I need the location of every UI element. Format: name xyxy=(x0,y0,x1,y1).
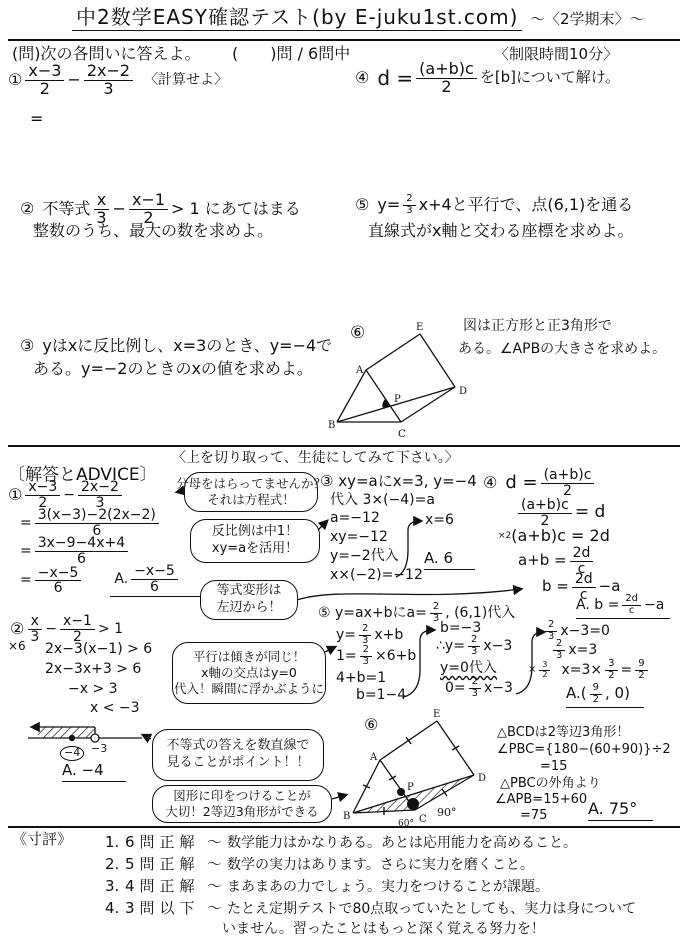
denominator: 3 xyxy=(469,689,481,700)
numerator: 2d xyxy=(572,572,596,588)
answer-2-line1: ② x3 − x−12 > 1 xyxy=(10,614,123,644)
rhs: −a xyxy=(644,598,664,613)
marked-point xyxy=(70,736,75,741)
answer-1-line3: = 3x−9−4x+46 xyxy=(20,536,131,566)
answer-2-step: x < −3 xyxy=(90,700,140,716)
answer-5-c2-line3: y=0代入 xyxy=(440,660,497,676)
answer-label: A. xyxy=(114,572,128,587)
answer-5-line1: ⑤ y=ax+bにa= 23 , (6,1)代入 xyxy=(318,602,515,624)
prefix: A.( xyxy=(566,686,587,702)
question-number: ② xyxy=(20,201,34,218)
review-number: 1. xyxy=(105,835,125,851)
numerator: −x−5 xyxy=(35,566,82,582)
fraction: 32 xyxy=(539,661,550,679)
advice-text: x軸の交点はy=0 xyxy=(201,665,297,681)
prefix: y= xyxy=(377,197,400,214)
advice-text: それは方程式！ xyxy=(207,492,295,508)
advice-text: 分母をはらってませんか？ xyxy=(176,476,326,492)
answer-5-c3-line3: × 32 x=3× 32 = 92 xyxy=(528,659,651,681)
answer-1-final: A. −x−56 xyxy=(110,564,204,597)
answer-5-final: A.( 92 , 0) xyxy=(566,683,644,708)
numerator: x xyxy=(28,614,42,630)
answer-space-equals: = xyxy=(30,110,43,128)
advice-text: 左辺から！ xyxy=(216,600,281,617)
question-number: ⑤ xyxy=(355,197,369,214)
number-line-open-label: −3 xyxy=(91,743,107,756)
answer-3-step: a=−12 xyxy=(330,510,380,526)
advice2-arrow xyxy=(318,521,327,530)
numerator: x−3 xyxy=(25,480,60,496)
numerator: 2d xyxy=(570,546,594,562)
rhs: = d xyxy=(575,504,605,522)
multiplier: × xyxy=(528,665,536,676)
answer-3-step: 代入 3×(−4)=a xyxy=(330,492,435,508)
answer-2-final: A. −4 xyxy=(62,762,126,782)
numerator: 2 xyxy=(545,620,557,632)
question-number: ① xyxy=(8,72,22,89)
numerator: 9 xyxy=(590,683,602,695)
question-1: ① x−32 − 2x−23 〈計算せよ〉 xyxy=(8,63,228,98)
label-a: A xyxy=(369,752,378,763)
fraction: x−32 xyxy=(25,63,64,98)
advice-bubble-1: 分母をはらってませんか？ それは方程式！ xyxy=(184,472,318,512)
equation: (a+b)c = 2d xyxy=(511,528,610,545)
lhs: d = xyxy=(505,474,537,493)
answer-5-c1-line4: b=1−4 xyxy=(356,687,406,703)
advice-bubble-2: 反比例は中1！ xy=aを活用！ xyxy=(190,519,320,563)
answer-3-result: x=6 xyxy=(425,512,454,528)
question-6-number: ⑥ xyxy=(350,324,365,344)
angle-90-label: 90° xyxy=(437,806,457,819)
question-3-line1: yはxに反比例し、x=3のとき、y=−4で xyxy=(42,338,332,355)
advice-text: 平行は傾きが同じ！ xyxy=(193,649,306,665)
label-b: B xyxy=(328,420,335,431)
score-blank: ( )問 / 6問中 xyxy=(232,45,350,63)
suffix: x+4と平行で、点(6,1)を通る xyxy=(419,197,634,214)
denominator: 2 xyxy=(37,81,53,98)
fraction: (a+b)c2 xyxy=(416,61,477,96)
instruction-text: を[b]について解け。 xyxy=(480,70,620,86)
question-2-line2: 整数のうち、最大の数を求めよ。 xyxy=(33,222,273,240)
question-number: ④ xyxy=(483,475,497,492)
fraction: 2x−23 xyxy=(78,480,122,510)
prefix: ⑤ y=ax+bにa= xyxy=(318,606,427,621)
prefix: 1= xyxy=(336,649,357,664)
answer-5-c1-line1: y= 23 x+b xyxy=(336,624,403,646)
operator: − xyxy=(63,488,75,503)
answer-3-final: A. 6 xyxy=(424,550,475,570)
review-separator: ～ xyxy=(207,835,227,851)
lhs: d = xyxy=(377,68,413,89)
angle-c-mark xyxy=(407,798,419,810)
prefix: y= xyxy=(336,628,356,643)
review-comment: 数学の実力はあります。さらに実力を磨くこと。 xyxy=(227,858,534,873)
fraction: (a+b)c2 xyxy=(518,498,572,528)
advice-bubble-3: 等式変形は 左辺から！ xyxy=(200,580,298,620)
numerator: 2 xyxy=(403,194,415,206)
open-point xyxy=(91,734,99,742)
review-result: 4問正解 xyxy=(125,879,207,895)
review-comment-continued: いません。習ったことはもっと深く覚える努力を！ xyxy=(222,921,545,937)
denominator: 3 xyxy=(27,630,42,645)
label-p: P xyxy=(394,394,401,405)
numerator: 3 xyxy=(605,659,617,671)
advice6-arrow xyxy=(332,795,346,799)
numerator: 2 xyxy=(553,639,565,651)
suffix: x−3 xyxy=(483,639,512,654)
label-a: A xyxy=(355,365,364,376)
review-separator: ～ xyxy=(207,879,227,895)
denominator: 3 xyxy=(468,647,480,658)
denominator: 3 xyxy=(100,81,116,98)
equals: = xyxy=(20,544,32,559)
fraction: 23 xyxy=(553,639,565,661)
answer-1-line1: ① x−32 − 2x−23 xyxy=(8,480,125,510)
review-comment: 数学能力はかなりある。あとは応用能力を高めること。 xyxy=(227,836,577,851)
numerator: 2 xyxy=(359,624,371,636)
advice-text: 等式変形は xyxy=(216,583,281,600)
fraction: 3(x−3)−2(2x−2)6 xyxy=(35,508,159,538)
angle-p-mark xyxy=(397,788,405,796)
question-number: ④ xyxy=(355,70,369,87)
label-p: P xyxy=(407,782,414,793)
question-number: ① xyxy=(8,487,22,504)
review-number: 4. xyxy=(105,901,125,917)
denominator: 6 xyxy=(51,581,66,596)
advice5-arrow xyxy=(143,735,151,739)
answer-5-c2-line4: 0= 23 x−3 xyxy=(445,677,513,699)
numerator: x−1 xyxy=(60,614,95,630)
review-separator: ～ xyxy=(207,857,227,873)
label-c: C xyxy=(398,429,406,440)
advice-text: 見ることがポイント！！ xyxy=(166,755,309,772)
operator: − xyxy=(45,622,57,637)
fraction: 92 xyxy=(635,659,647,681)
number-line-marked-label: −4 xyxy=(60,742,84,761)
q6-square-triangle-diagram xyxy=(337,334,455,422)
fraction: 23 xyxy=(468,635,480,657)
multiplier: ×2 xyxy=(498,532,511,541)
fraction: x−12 xyxy=(60,614,95,644)
review-separator: ～ xyxy=(207,901,227,917)
suffix: x−3=0 xyxy=(560,624,610,639)
answer-4-line1: ④ d = (a+b)c2 xyxy=(483,468,597,498)
a6-diagram xyxy=(353,721,474,815)
denominator: 2 xyxy=(605,671,617,682)
advice-text: xy=aを活用！ xyxy=(212,541,298,558)
numerator: 2d xyxy=(622,594,641,606)
answer-6-step: ∠APB=15+60 xyxy=(495,793,587,808)
question-3: ③ yはxに反比例し、x=3のとき、y=−4で xyxy=(20,338,332,355)
answer-1-line4: = −x−56 A. −x−56 xyxy=(20,564,205,597)
answer-5-c3-line2: 23 x=3 xyxy=(550,639,597,661)
equals: = xyxy=(20,516,32,531)
review-item: 3. 4問正解 ～ まあまあの力でしょう。実力をつけることが課題。 xyxy=(105,879,549,895)
question-5: ⑤ y= 23 x+4と平行で、点(6,1)を通る xyxy=(355,194,633,216)
answer-6-step: =75 xyxy=(520,809,547,824)
numerator: 3(x−3)−2(2x−2) xyxy=(35,508,159,524)
fraction: 2dc xyxy=(622,594,641,616)
suffix: ×6+b xyxy=(375,649,416,664)
numerator: 9 xyxy=(635,659,647,671)
advice-text: 代入！瞬間に浮かぶように xyxy=(174,681,324,697)
cut-instruction: 〈上を切り取って、生徒にしてみて下さい。〉 xyxy=(172,450,459,466)
numerator: 2 xyxy=(468,635,480,647)
rhs: > 1 xyxy=(98,622,123,637)
denominator: 2 xyxy=(438,79,454,96)
answer-6-step: △PBCの外角より xyxy=(500,777,601,792)
multiplier: ×6 xyxy=(8,640,26,654)
label-b: B xyxy=(343,811,350,822)
denominator: 2 xyxy=(539,671,550,679)
answer-2-step: −x > 3 xyxy=(68,681,118,697)
number-line xyxy=(28,727,142,742)
equals: = xyxy=(20,573,32,588)
review-item: 1. 6問正解 ～ 数学能力はかなりある。あとは応用能力を高めること。 xyxy=(105,835,577,851)
question-6-line1: 図は正方形と正3角形で xyxy=(463,318,612,334)
numerator: 2x−2 xyxy=(78,480,122,496)
suffix: x=3 xyxy=(568,643,597,658)
answer-2-step: 2x−3x+3 > 6 xyxy=(45,661,141,677)
lhs: a+b = xyxy=(518,553,567,569)
denominator: 2 xyxy=(590,695,602,706)
answer-6-step: ∠PBC={180−(60+90)}÷2 xyxy=(497,743,671,758)
operator: − xyxy=(113,201,126,218)
label-d: D xyxy=(478,773,486,784)
fraction: 2x−23 xyxy=(84,63,133,98)
denominator: 3 xyxy=(403,206,415,217)
angle-60-label: 60° xyxy=(398,819,414,829)
suffix: x−3 xyxy=(484,681,513,696)
question-3-line2: ある。y=−2のときのxの値を求めよ。 xyxy=(33,360,313,378)
numerator: 2 xyxy=(360,645,372,657)
numerator: (a+b)c xyxy=(518,498,572,514)
advice-text: 図形に印をつけることが xyxy=(173,788,311,804)
instruction-note: 〈計算せよ〉 xyxy=(144,73,228,88)
answer-3-step: x×(−2)=−12 xyxy=(330,567,423,583)
denominator: 3 xyxy=(360,657,372,668)
answer-3-step: xy=−12 xyxy=(330,529,388,545)
question-6-line2: ある。∠APBの大きさを求めよ。 xyxy=(458,341,666,357)
fraction: 23 xyxy=(359,624,371,646)
advice3-arrow xyxy=(297,589,521,600)
answer-6-step: △BCDは2等辺3角形！ xyxy=(497,726,629,741)
numerator: 2 xyxy=(430,602,442,614)
fraction: 23 xyxy=(360,645,372,667)
fraction: 32 xyxy=(605,659,617,681)
denominator: 2 xyxy=(635,671,647,682)
fraction: −x−56 xyxy=(131,564,178,594)
answer-6-number: ⑥ xyxy=(364,716,378,734)
advice-text: 反比例は中1！ xyxy=(212,524,298,541)
review-item: 4. 3問以下 ～ たとえ定期テストで80点取っていたとしても、実力は身について xyxy=(105,901,636,917)
answer-1-line2: = 3(x−3)−2(2x−2)6 xyxy=(20,508,162,538)
fraction: 23 xyxy=(469,677,481,699)
label-e: E xyxy=(416,322,423,333)
answer-5-c1-line3: 4+b=1 xyxy=(336,670,386,686)
review-result: 3問以下 xyxy=(125,901,207,917)
fraction: x3 xyxy=(27,614,42,644)
page-title: 中2数学EASY確認テスト(by E-juku1st.com) xyxy=(72,6,522,31)
suffix: x+b xyxy=(374,628,403,643)
answer-3-step: y=−2代入 xyxy=(330,548,399,564)
answer-5-c2-line2: ∴y= 23 x−3 xyxy=(436,635,512,657)
rhs: −a xyxy=(599,579,621,595)
fraction: 23 xyxy=(403,194,415,216)
advice-text: 大切！2等辺3角形ができる xyxy=(165,804,318,820)
advice-text: 不等式の答えを数直線で xyxy=(166,738,309,755)
answer-4-line3: ×2 (a+b)c = 2d xyxy=(498,528,610,545)
prefix: 不等式 xyxy=(42,201,90,218)
fraction: (a+b)c2 xyxy=(541,468,595,498)
numerator: (a+b)c xyxy=(541,468,595,484)
review-result: 5問正解 xyxy=(125,857,207,873)
answer-6-final: A. 75° xyxy=(588,800,653,821)
numerator: 3x−9−4x+4 xyxy=(35,536,128,552)
suffix: , (6,1)代入 xyxy=(445,606,515,621)
suffix: , 0) xyxy=(605,686,630,702)
advice-bubble-5: 不等式の答えを数直線で 見ることがポイント！！ xyxy=(152,729,324,781)
answer-5-c1-line2: 1= 23 ×6+b xyxy=(336,645,416,667)
question-5-line2: 直線式がx軸と交わる座標を求めよ。 xyxy=(368,222,633,240)
review-item: 2. 5問正解 ～ 数学の実力はあります。さらに実力を磨くこと。 xyxy=(105,857,534,873)
review-number: 3. xyxy=(105,879,125,895)
label-c: C xyxy=(419,814,427,825)
prefix: ∴y= xyxy=(436,639,465,654)
fraction: 3x−9−4x+46 xyxy=(35,536,128,566)
denominator: c xyxy=(626,606,638,617)
numerator: −x−5 xyxy=(131,564,178,580)
review-comment: まあまあの力でしょう。実力をつけることが課題。 xyxy=(227,880,549,895)
prefix: x=3× xyxy=(561,663,602,678)
solution-range-hatch xyxy=(38,727,95,738)
prefix: 0= xyxy=(445,681,466,696)
circled-value: −4 xyxy=(60,746,84,761)
equals: = xyxy=(621,663,633,678)
label-e: E xyxy=(433,709,440,720)
question-4: ④ d = (a+b)c2 を[b]について解け。 xyxy=(355,61,620,96)
review-comment: たとえ定期テストで80点取っていたとしても、実力は身について xyxy=(227,902,636,917)
fraction: 92 xyxy=(590,683,602,705)
advice4-arrow xyxy=(325,647,335,652)
denominator: 6 xyxy=(147,580,162,595)
answer-3-step: ③ xy=aにx=3, y=−4 xyxy=(320,473,477,490)
answer-4-final: A. b = 2dc −a xyxy=(576,594,670,619)
review-number: 2. xyxy=(105,857,125,873)
answer-6-step: =15 xyxy=(540,760,567,775)
fraction: −x−56 xyxy=(35,566,82,596)
lhs: A. b = xyxy=(576,598,619,613)
suffix: > 1 にあてはまる xyxy=(171,201,301,218)
advice-bubble-4: 平行は傾きが同じ！ x軸の交点はy=0 代入！瞬間に浮かぶように xyxy=(172,642,326,704)
label-d: D xyxy=(459,386,467,397)
operator: − xyxy=(67,72,80,89)
fraction: x−32 xyxy=(25,480,60,510)
lhs: b = xyxy=(542,579,569,595)
answer-4-line2: (a+b)c2 = d xyxy=(515,498,605,528)
numerator: 2 xyxy=(469,677,481,689)
question-number: ③ xyxy=(20,338,34,355)
review-label: 《寸評》 xyxy=(12,831,72,848)
question-number: ② xyxy=(10,621,24,638)
review-result: 6問正解 xyxy=(125,835,207,851)
term-label: ～〈2学期末〉～ xyxy=(530,11,645,28)
answer-2-step: 2x−3(x−1) > 6 xyxy=(45,641,152,657)
advice-bubble-6: 図形に印をつけることが 大切！2等辺3角形ができる xyxy=(152,785,332,823)
